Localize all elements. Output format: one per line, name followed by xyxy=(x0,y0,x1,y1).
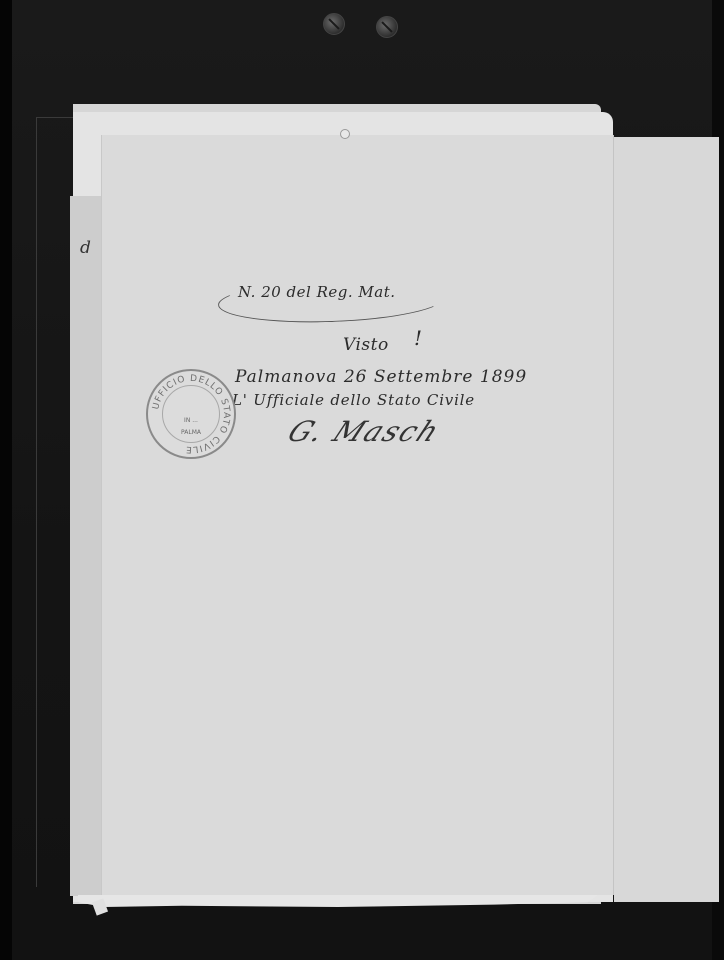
visto-label: Visto xyxy=(343,335,389,355)
screw-icon xyxy=(323,13,345,35)
punch-hole-icon xyxy=(340,129,350,139)
visto-mark: ! xyxy=(414,326,423,350)
margin-fragment: d xyxy=(80,238,91,258)
officer-title: L' Ufficiale dello Stato Civile xyxy=(232,391,475,409)
right-facing-sheet xyxy=(614,137,719,902)
stamp-inner-text: IN ... xyxy=(148,417,234,424)
signature: G. Masch xyxy=(282,415,446,448)
register-reference: N. 20 del Reg. Mat. xyxy=(238,283,396,301)
place-and-date: Palmanova 26 Settembre 1899 xyxy=(235,367,527,387)
main-document-page xyxy=(102,135,614,895)
left-sheet-strip xyxy=(70,196,102,896)
official-stamp: UFFICIO DELLO STATO CIVILE IN ... PALMA xyxy=(146,369,236,459)
scan-border-left xyxy=(0,0,12,960)
screw-icon xyxy=(376,16,398,38)
stamp-city: PALMA xyxy=(148,429,234,436)
scanner-board-edge xyxy=(36,117,37,887)
